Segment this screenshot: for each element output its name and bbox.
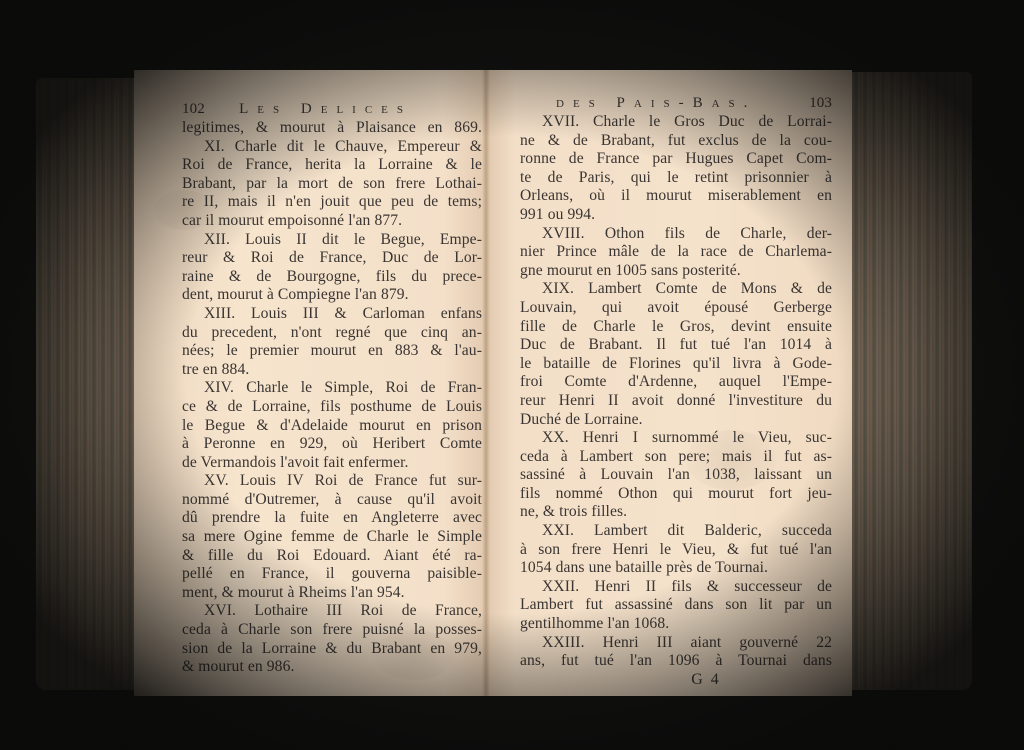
text-line: Orleans, où il mourut miserablement en — [520, 187, 832, 206]
text-line: XVI. Lothaire III Roi de France, — [182, 602, 482, 621]
text-line: du precedent, n'ont regné que cinq an- — [182, 324, 482, 343]
text-line: XII. Louis II dit le Begue, Empe- — [182, 231, 482, 250]
right-running-header: des Pais-Bas. 103 — [520, 94, 832, 112]
text-line: nier Prince mâle de la race de Charlema- — [520, 243, 832, 262]
text-line: 991 ou 994. — [520, 206, 832, 225]
text-line: reur Henri II avoit donné l'investiture … — [520, 392, 832, 411]
text-line: ceda à Lambert son pere; mais il fut as- — [520, 448, 832, 467]
text-line: sion de la Lorraine & du Brabant en 979, — [182, 640, 482, 659]
text-line: nées; le premier mourut en 883 & l'au- — [182, 342, 482, 361]
text-line: le Begue & d'Adelaide mourut en prison — [182, 417, 482, 436]
text-line: XIV. Charle le Simple, Roi de Fran- — [182, 379, 482, 398]
text-line: ne & de Brabant, fut exclus de la cou- — [520, 132, 832, 151]
text-line: de Vermandois l'avoit fait enfermer. — [182, 454, 482, 473]
right-page: des Pais-Bas. 103 XVII. Charle le Gros D… — [486, 70, 852, 696]
text-line: 1054 dans une bataille près de Tournai. — [520, 559, 832, 578]
text-line: XXI. Lambert dit Balderic, succeda — [520, 522, 832, 541]
text-line: & fille du Roi Edouard. Aiant été ra- — [182, 547, 482, 566]
left-running-title: Les Delices — [239, 100, 412, 119]
text-line: te de Paris, qui le retint prisonnier à — [520, 169, 832, 188]
text-line: ne, & trois filles. — [520, 503, 832, 522]
text-line: re II, mais il n'en jouit que peu de tem… — [182, 193, 482, 212]
text-line: fille de Charle le Gros, devint ensuite — [520, 318, 832, 337]
text-line: Lambert fut assassiné dans son lit par u… — [520, 596, 832, 615]
text-line: ment, & mourut à Rheims l'an 954. — [182, 584, 482, 603]
text-line: nommé d'Outremer, à cause qu'il avoit — [182, 491, 482, 510]
text-line: XX. Henri I surnommé le Vieu, suc- — [520, 429, 832, 448]
text-line: Brabant, par la mort de son frere Lothai… — [182, 175, 482, 194]
text-line: Duché de Lorraine. — [520, 411, 832, 430]
text-line: XVII. Charle le Gros Duc de Lorrai- — [520, 113, 832, 132]
text-line: XI. Charle dit le Chauve, Empereur & — [182, 138, 482, 157]
text-line: ans, fut tué l'an 1096 à Tournai dans — [520, 652, 832, 671]
right-page-text: des Pais-Bas. 103 XVII. Charle le Gros D… — [520, 94, 832, 689]
text-line: legitimes, & mourut à Plaisance en 869. — [182, 119, 482, 138]
text-line: à Peronne en 929, où Heribert Comte — [182, 435, 482, 454]
text-line: ce & de Lorraine, fils posthume de Louis — [182, 398, 482, 417]
text-line: XVIII. Othon fils de Charle, der- — [520, 225, 832, 244]
text-line: XIX. Lambert Comte de Mons & de — [520, 280, 832, 299]
text-line: reur & Roi de France, Duc de Lor- — [182, 249, 482, 268]
open-book: 102 Les Delices legitimes, & mourut à Pl… — [36, 70, 972, 698]
right-page-edges — [852, 72, 972, 690]
text-line: Louvain, qui avoit épousé Gerberge — [520, 299, 832, 318]
text-line: dû prendre la fuite en Angleterre avec — [182, 509, 482, 528]
text-line: Duc de Brabant. Il fut tué l'an 1014 à — [520, 336, 832, 355]
text-line: Roi de France, herita la Lorraine & le — [182, 156, 482, 175]
left-running-header: 102 Les Delices — [182, 100, 482, 118]
text-line: ronne de France par Hugues Capet Com- — [520, 150, 832, 169]
text-line: dent, mourut à Compiegne l'an 879. — [182, 286, 482, 305]
right-running-title: des Pais-Bas. — [556, 94, 756, 113]
signature-mark: G 4 — [520, 671, 832, 690]
book-gutter — [482, 70, 490, 696]
left-page-text: 102 Les Delices legitimes, & mourut à Pl… — [182, 100, 482, 677]
left-page: 102 Les Delices legitimes, & mourut à Pl… — [134, 70, 486, 696]
text-line: le bataille de Florines qu'il livra à Go… — [520, 355, 832, 374]
text-line: & mourut en 986. — [182, 658, 482, 677]
text-line: ceda à Charle son frere puisné la posses… — [182, 621, 482, 640]
text-line: XV. Louis IV Roi de France fut sur- — [182, 472, 482, 491]
right-page-number: 103 — [809, 94, 832, 113]
text-line: gentilhomme l'an 1068. — [520, 615, 832, 634]
left-page-number: 102 — [182, 100, 205, 119]
left-page-edges — [36, 78, 136, 690]
text-line: tre en 884. — [182, 361, 482, 380]
text-line: car il mourut empoisonné l'an 877. — [182, 212, 482, 231]
text-line: XXII. Henri II fils & successeur de — [520, 578, 832, 597]
text-line: à son frere Henri le Vieu, & fut tué l'a… — [520, 541, 832, 560]
text-line: gne mourut en 1005 sans posterité. — [520, 262, 832, 281]
text-line: raine & de Bourgogne, fils du prece- — [182, 268, 482, 287]
text-line: sassiné à Louvain l'an 1038, laissant un — [520, 466, 832, 485]
text-line: sa mere Ogine femme de Charle le Simple — [182, 528, 482, 547]
text-line: XXIII. Henri III aiant gouverné 22 — [520, 634, 832, 653]
text-line: froi Comte d'Ardenne, auquel l'Empe- — [520, 373, 832, 392]
text-line: pellé en France, il gouverna paisible- — [182, 565, 482, 584]
text-line: fils nommé Othon qui mourut fort jeu- — [520, 485, 832, 504]
text-line: XIII. Louis III & Carloman enfans — [182, 305, 482, 324]
